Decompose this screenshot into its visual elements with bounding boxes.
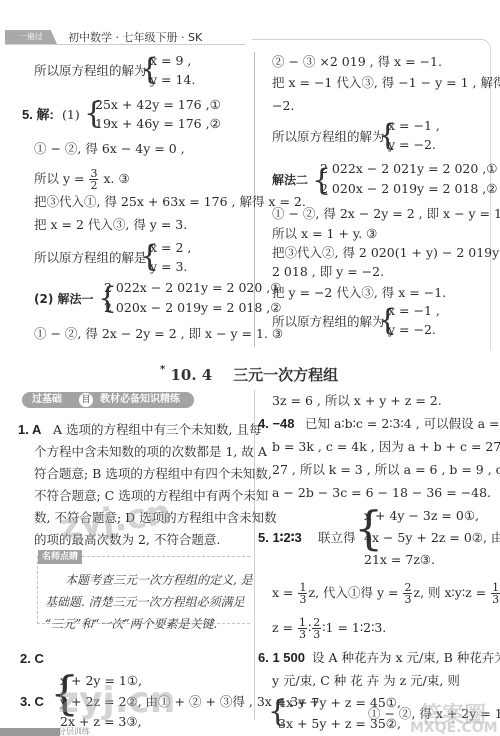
header-divider bbox=[5, 44, 245, 45]
equation-1: 2 022x − 2 021y = 2 020 ,① bbox=[104, 280, 281, 296]
q6-text-line: 设 A 种花卉为 x 元/束, B 种花卉为 bbox=[312, 650, 500, 666]
step-line: ② − ③ ×2 019 , 得 x = −1. bbox=[272, 54, 442, 70]
equation-1: x + 4y − 3z = 0①, bbox=[364, 508, 479, 524]
q1-text-line: 符合题意; B 选项的方程组中有四个未知数, bbox=[34, 466, 272, 482]
q6-text-line: y 元/束, C 种 花 卉 为 z 元/束, 则 bbox=[272, 673, 460, 689]
method-2-label: 解法二 bbox=[272, 172, 308, 188]
equation-2: 19x + 46y = 176 ,② bbox=[95, 116, 221, 132]
solution-y: y = 14. bbox=[150, 72, 195, 88]
q4-text-line: a − 2b − 3c = 6 − 18 − 36 = −48. bbox=[272, 485, 491, 501]
step-line: 把 x = −1 代入③, 得 −1 − y = 1 , 解得 y = bbox=[272, 75, 500, 91]
section-banner: 过基础 目 教材必备知识精练 bbox=[22, 392, 194, 408]
part-2-label: (2) 解法一 bbox=[34, 291, 94, 307]
q4-text-line: 27 , 所以 k = 3 , 所以 a = 6 , b = 9 , c = 1… bbox=[272, 462, 500, 478]
step-line: −2. bbox=[272, 98, 294, 114]
question-6-label: 6. 1 500 bbox=[258, 650, 305, 666]
step-line: 所以 x = 1 + y. ③ bbox=[272, 226, 377, 242]
solution-y: y = −2. bbox=[388, 322, 436, 338]
series-logo-tag: 一遍过 bbox=[5, 30, 57, 44]
step-line: ① − ②, 得 2x − 2y = 2 , 即 x − y = 1. ③ bbox=[34, 326, 283, 342]
teacher-note-box bbox=[37, 556, 250, 624]
q5-derivation: x = 13z, 代入①得 y = 23z, 则 x∶y∶z = 13z∶23z… bbox=[272, 582, 500, 605]
solution-intro: 所以原方程组的解为 bbox=[272, 314, 385, 330]
question-5-label: 5. 1∶2∶3 bbox=[258, 530, 302, 546]
step-line: ① − ②, 得 2x − 2y = 2 , 即 x − y = 1 , bbox=[272, 206, 500, 222]
equation-2: 4x − 5y + 2z = 0②, 由③得 bbox=[364, 530, 500, 546]
equation-1: 2 022x − 2 021y = 2 020 ,① bbox=[320, 161, 497, 177]
equation-3: 21x = 7z③. bbox=[364, 552, 435, 568]
footer-label: 分层训练 bbox=[58, 726, 90, 736]
solution-intro: 所以原方程组的解为 bbox=[272, 129, 385, 145]
fraction: 32 bbox=[89, 168, 98, 191]
watermark: MXQE.COM bbox=[410, 720, 498, 736]
solution-x: x = 2 , bbox=[150, 240, 191, 256]
question-4-label: 4. −48 bbox=[258, 416, 295, 432]
solution-y: y = 3. bbox=[150, 259, 187, 275]
q1-text-line: 个方程中含未知数的项的次数都是 1, 故 A bbox=[34, 444, 267, 460]
q5-result: z = 13∶23∶1 = 1∶2∶3. bbox=[272, 617, 386, 640]
section-title: * 10. 4 三元一次方程组 bbox=[160, 364, 338, 385]
step-line: 把 y = −2 代入③, 得 x = −1. bbox=[272, 285, 446, 301]
step-line: 把③代入①, 得 25x + 63x = 176 , 解得 x = 2. bbox=[34, 194, 306, 210]
q3-continued: 3z = 6 , 所以 x + y + z = 2. bbox=[272, 393, 442, 409]
watermark: zyj.cn bbox=[58, 680, 175, 721]
book-icon: 目 bbox=[79, 393, 93, 407]
solution-x: x = 9 , bbox=[150, 53, 191, 69]
step-line: 把③代入②, 得 2 020(1 + y) − 2 019y = bbox=[272, 245, 500, 261]
column-divider-lower bbox=[254, 390, 255, 720]
q5-intro: 联立得 bbox=[318, 530, 356, 546]
page-number-tag bbox=[0, 728, 60, 736]
step-line: 所以 y = 32 x. ③ bbox=[34, 168, 130, 191]
equation-2: 2 020x − 2 019y = 2 018 ,② bbox=[320, 181, 497, 197]
question-1-label: 1. A bbox=[18, 422, 41, 438]
note-line: “三元”和“一次”两个要素是关键. bbox=[45, 616, 217, 632]
solution-x: x = −1 , bbox=[388, 118, 440, 134]
step-line: ① − ②, 得 6x − 4y = 0 , bbox=[34, 141, 185, 157]
equation-2: 2 020x − 2 019y = 2 018 ,② bbox=[104, 300, 281, 316]
note-line: 基础题. 清楚三元一次方程组必须满足 bbox=[45, 594, 245, 610]
question-3-label: 3. C bbox=[20, 694, 44, 710]
solution-x: x = −1 , bbox=[388, 303, 440, 319]
q1-text-line: A 选项的方程组中有三个未知数, 且每 bbox=[53, 422, 261, 438]
equation-1: 25x + 42y = 176 ,① bbox=[95, 97, 221, 113]
question-2-label: 2. C bbox=[20, 651, 44, 667]
step-line: 把 x = 2 代入③, 得 y = 3. bbox=[34, 217, 187, 233]
solution-intro: 所以原方程组的解为 bbox=[34, 63, 147, 79]
book-title: 初中数学 · 七年级下册 · SK bbox=[68, 29, 202, 45]
step-line: 2 018 , 即 y = −2. bbox=[272, 264, 384, 280]
part-1-label: (1) bbox=[62, 107, 80, 123]
note-line: 本题考查三元一次方程组的定义, 是 bbox=[65, 572, 253, 588]
q4-text-line: 已知 a∶b∶c = 2∶3∶4 , 可以假设 a = 2k , bbox=[305, 416, 500, 432]
question-5-label: 5. 解: bbox=[22, 107, 54, 123]
solution-intro: 所以原方程组的解是 bbox=[34, 250, 147, 266]
teacher-note-tag: 名师点睛 bbox=[38, 550, 82, 564]
solution-y: y = −2. bbox=[388, 137, 436, 153]
q4-text-line: b = 3k , c = 4k , 因为 a + b + c = 27 , 所以… bbox=[272, 439, 500, 455]
